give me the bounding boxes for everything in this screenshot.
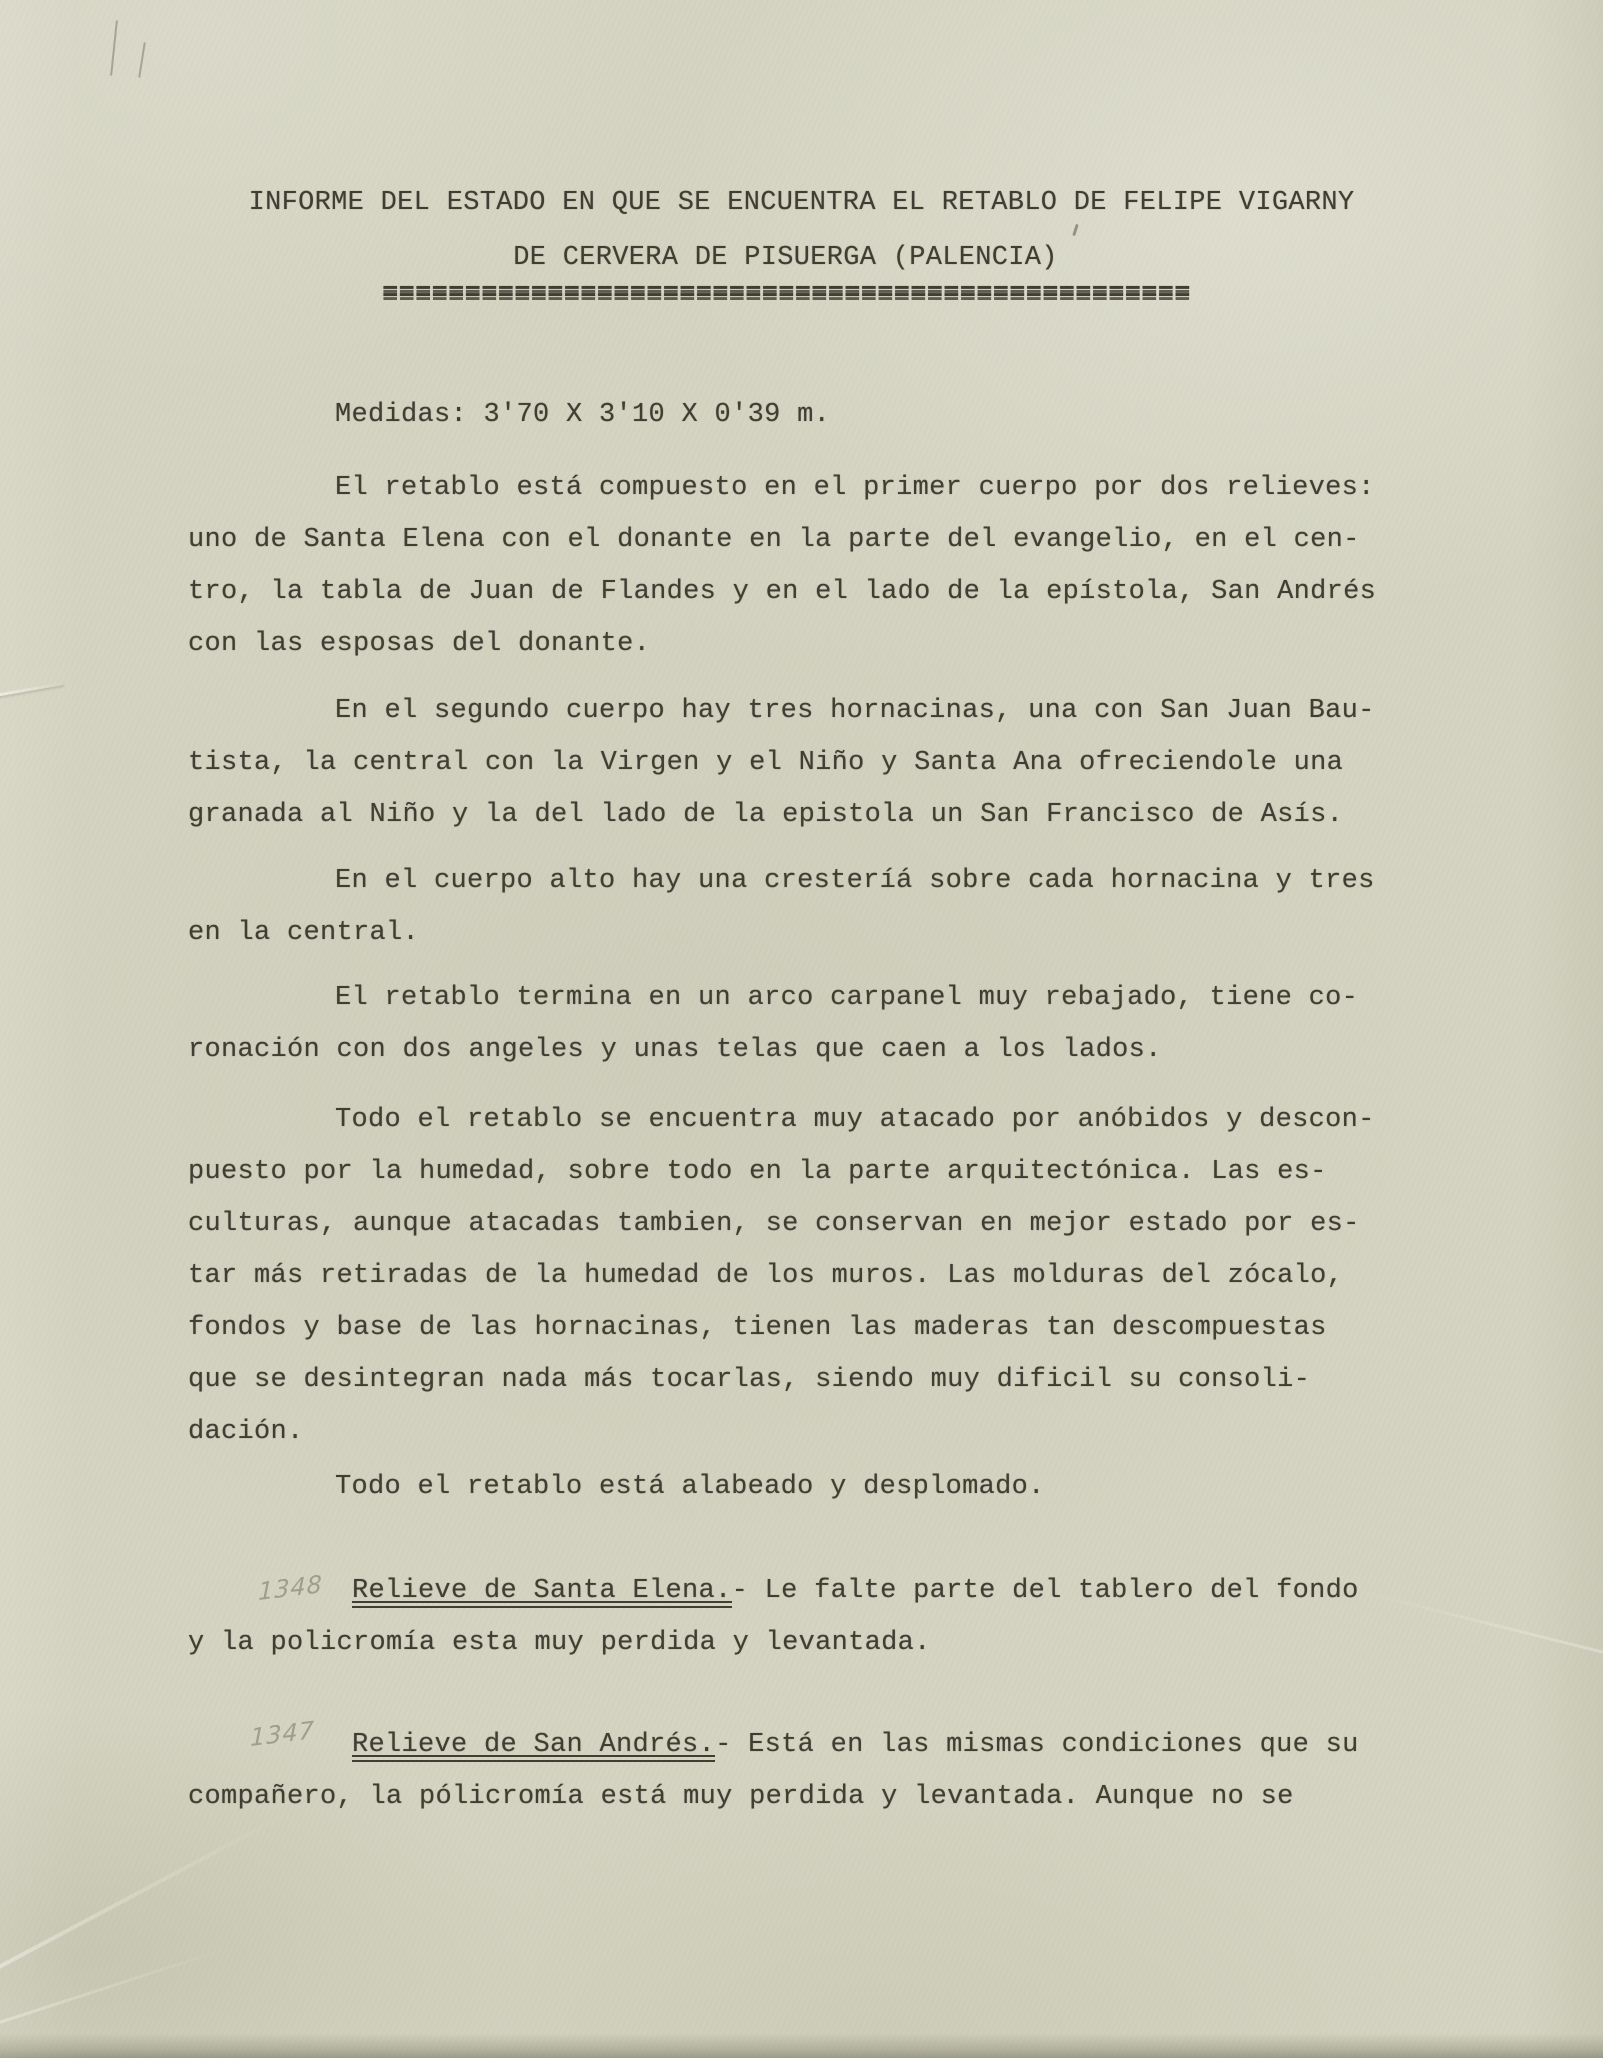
section-heading: Relieve de Santa Elena. <box>352 1576 732 1608</box>
section-relieve-san-andres: Relieve de San Andrés.- Está en las mism… <box>188 1719 1433 1823</box>
document-title-line-2: DE CERVERA DE PISUERGA (PALENCIA) <box>0 245 1587 272</box>
paragraph-estado-general: Todo el retablo se encuentra muy atacado… <box>188 1094 1433 1458</box>
paper-crease <box>0 1810 291 1973</box>
paragraph-segundo-cuerpo: En el segundo cuerpo hay tres hornacinas… <box>188 685 1433 841</box>
paper-crease <box>0 1945 234 2028</box>
document-page: INFORME DEL ESTADO EN QUE SE ENCUENTRA E… <box>0 0 1603 2058</box>
paper-crease <box>0 682 64 697</box>
section-heading: Relieve de San Andrés. <box>352 1730 715 1762</box>
paragraph-arco-carpanel: El retablo termina en un arco carpanel m… <box>188 972 1433 1076</box>
pencil-mark <box>110 20 118 76</box>
document-title-line-1: INFORME DEL ESTADO EN QUE SE ENCUENTRA E… <box>0 190 1603 217</box>
measurements-line: Medidas: 3'70 X 3'10 X 0'39 m. <box>188 389 1433 441</box>
paragraph-primer-cuerpo: El retablo está compuesto en el primer c… <box>188 462 1433 670</box>
section-relieve-santa-elena: Relieve de Santa Elena.- Le falte parte … <box>188 1565 1433 1669</box>
title-underline-rule: ========================================… <box>0 281 1588 308</box>
pencil-mark <box>138 42 146 78</box>
ink-speck <box>1072 224 1079 236</box>
paragraph-cuerpo-alto: En el cuerpo alto hay una cresteríá sobr… <box>188 855 1433 959</box>
paragraph-alabeado: Todo el retablo está alabeado y desploma… <box>188 1461 1433 1513</box>
